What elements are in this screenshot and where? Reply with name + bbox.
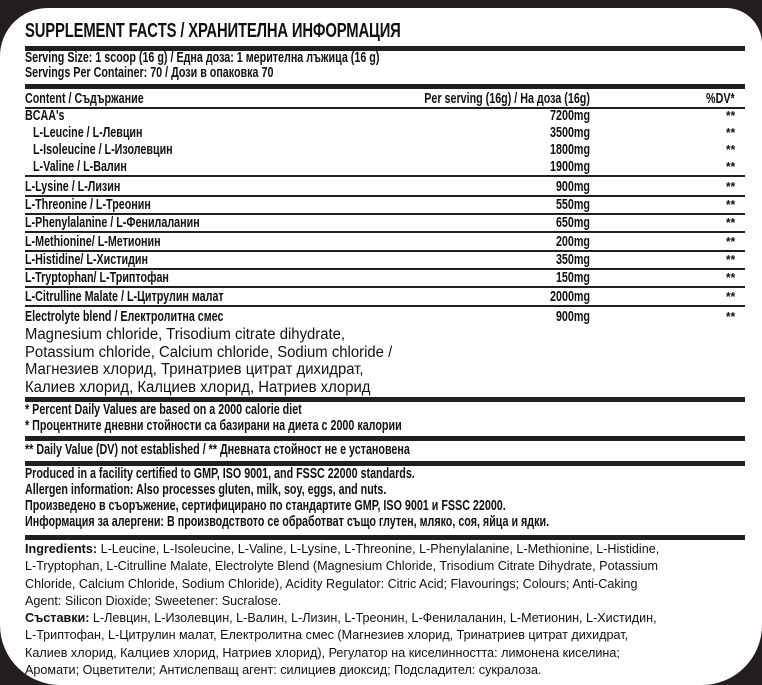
nutrient-amount: 650mg [556,215,590,231]
label-title: SUPPLEMENT FACTS / ХРАНИТЕЛНА ИНФОРМАЦИЯ [25,20,401,43]
nutrient-dv: ** [726,309,735,324]
row-divider [25,175,745,177]
ingredients-en-label: Ingredients: [25,542,97,556]
table-row: L-Citrulline Malate / L-Цитрулин малат20… [25,289,745,306]
table-row: L-Methionine/ L-Метионин200mg** [25,234,745,251]
nutrient-dv: ** [726,289,735,304]
nutrient-amount: 2000mg [550,289,590,305]
serving-size: Serving Size: 1 scoop (16 g) / Една доза… [25,50,379,66]
nutrient-amount: 550mg [556,197,590,213]
nutrient-dv: ** [726,159,735,174]
table-row: L-Lysine / L-Лизин900mg** [25,179,745,196]
table-row: L-Leucine / L-Левцин3500mg** [25,125,745,142]
nutrient-name: L-Citrulline Malate / L-Цитрулин малат [25,289,224,305]
nutrient-name: L-Threonine / L-Треонин [25,197,151,213]
header-per-serving: Per serving (16g) / На доза (16g) [424,91,590,107]
nutrient-amount: 350mg [556,252,590,268]
nutrient-dv: ** [726,179,735,194]
nutrient-dv: ** [726,252,735,267]
ingredients-text: Chloride, Calcium Chloride, Sodium Chlor… [25,576,659,593]
table-row: L-Phenylalanine / L-Фенилаланин650mg** [25,215,745,232]
table-row: L-Valine / L-Валин1900mg** [25,159,745,176]
footnote-dv-not-established: ** Daily Value (DV) not established / **… [25,442,410,458]
nutrient-name: L-Phenylalanine / L-Фенилаланин [25,215,200,231]
ingredients-text: L-Триптофан, L-Цитрулин малат, Електроли… [25,627,659,644]
table-row: Electrolyte blend / Електролитна смес900… [25,309,745,326]
nutrient-name: BCAA's [25,108,65,124]
nutrient-name: L-Tryptophan/ L-Триптофан [25,270,169,286]
nutrient-name: Electrolyte blend / Електролитна смес [25,309,223,325]
divider-thick [25,535,745,540]
nutrient-amount: 150mg [556,270,590,286]
nutrient-amount: 900mg [556,309,590,325]
nutrient-name: L-Lysine / L-Лизин [25,179,120,195]
ingredients-text: L-Левцин, L-Изолевцин, L-Валин, L-Лизин,… [89,611,656,625]
divider-thick [25,84,745,89]
ingredients-text: L-Tryptophan, L-Citrulline Malate, Elect… [25,558,659,575]
table-row: L-Histidine/ L-Хистидин350mg** [25,252,745,269]
table-row: L-Tryptophan/ L-Триптофан150mg** [25,270,745,287]
header-dv: %DV* [706,91,735,107]
table-row: BCAA's7200mg** [25,108,745,125]
nutrient-dv: ** [726,142,735,157]
nutrient-amount: 7200mg [550,108,590,124]
nutrient-name: L-Leucine / L-Левцин [33,125,143,141]
ingredients-text: L-Leucine, L-Isoleucine, L-Valine, L-Lys… [97,542,659,556]
nutrient-dv: ** [726,125,735,140]
row-divider [25,305,745,307]
electrolyte-detail-line: Магнезиев хлорид, Тринатриев цитрат дихи… [25,361,363,379]
nutrient-name: L-Methionine/ L-Метионин [25,234,161,250]
table-row: L-Threonine / L-Треонин550mg** [25,197,745,214]
ingredients-text: Agent: Silicon Dioxide; Sweetener: Sucra… [25,593,659,610]
header-content: Content / Съдържание [25,91,144,107]
nutrient-name: L-Isoleucine / L-Изолевцин [33,142,173,158]
footnote-dv-bg: * Процентните дневни стойности са базира… [25,418,402,434]
nutrient-name: L-Histidine/ L-Хистидин [25,252,148,268]
nutrient-amount: 1900mg [550,159,590,175]
nutrient-amount: 900mg [556,179,590,195]
nutrient-amount: 200mg [556,234,590,250]
table-row: L-Isoleucine / L-Изолевцин1800mg** [25,142,745,159]
ingredients-en: Ingredients: L-Leucine, L-Isoleucine, L-… [25,541,659,679]
facility-line: Allergen information: Also processes glu… [25,482,386,498]
servings-per-container: Servings Per Container: 70 / Дози в опак… [25,65,273,81]
electrolyte-detail-line: Калиев хлорид, Калциев хлорид, Натриев х… [25,379,370,397]
facility-line: Produced in a facility certified to GMP,… [25,466,415,482]
electrolyte-detail-line: Magnesium chloride, Trisodium citrate di… [25,326,345,344]
electrolyte-detail-line: Potassium chloride, Calcium chloride, So… [25,344,392,362]
nutrient-dv: ** [726,234,735,249]
facility-line: Произведено в съоръжение, сертифицирано … [25,498,506,514]
footnote-dv-en: * Percent Daily Values are based on a 20… [25,402,302,418]
nutrient-amount: 3500mg [550,125,590,141]
ingredients-text: Аромати; Оцветители; Антислепващ агент: … [25,662,659,679]
facility-line: Информация за алергени: В производството… [25,514,549,530]
ingredients-text: Калиев хлорид, Калциев хлорид, Натриев х… [25,645,659,662]
nutrient-dv: ** [726,108,735,123]
row-divider [25,286,745,288]
nutrient-dv: ** [726,215,735,230]
table-header: Content / Съдържание Per serving (16g) /… [25,91,745,108]
divider-thick [25,436,745,441]
nutrient-dv: ** [726,197,735,212]
row-divider [25,231,745,233]
nutrient-name: L-Valine / L-Валин [33,159,127,175]
ingredients-bg-label: Съставки: [25,611,89,625]
nutrient-dv: ** [726,270,735,285]
nutrient-amount: 1800mg [550,142,590,158]
